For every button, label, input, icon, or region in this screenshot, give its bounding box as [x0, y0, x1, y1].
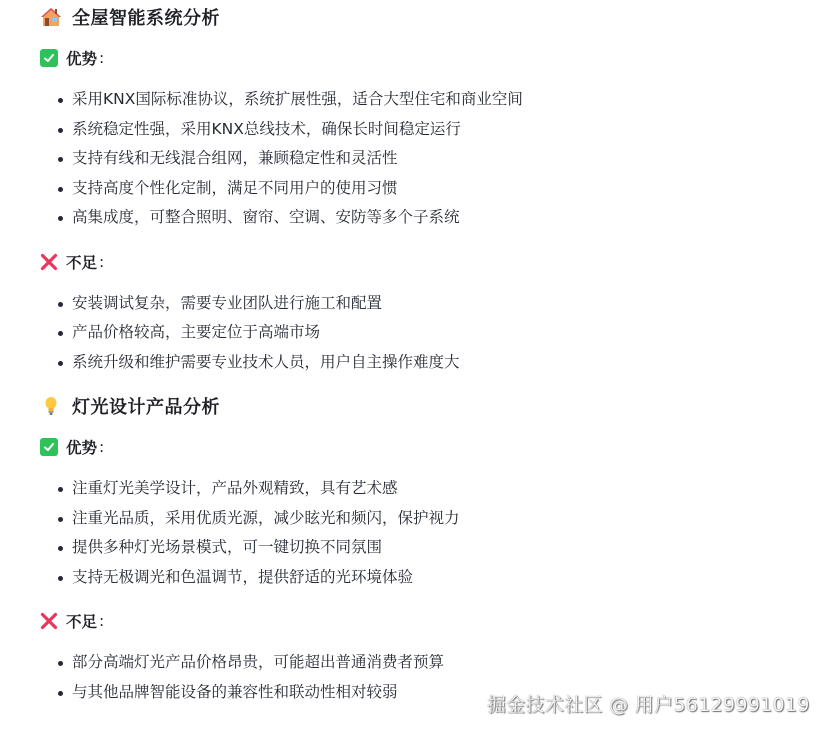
pros-label: 优势: [66, 47, 97, 69]
cons-label: 不足: [66, 610, 97, 632]
watermark: 掘金技术社区 @ 用户56129991019: [487, 690, 810, 717]
check-mark-icon: [40, 438, 58, 456]
list-item: 提供多种灯光场景模式，可一键切换不同氛围: [40, 533, 820, 563]
pros-list: 注重灯光美学设计，产品外观精致，具有艺术感 注重光品质，采用优质光源，减少眩光和…: [40, 474, 820, 592]
section-smart-home: 全屋智能系统分析 优势 : 采用KNX国际标准协议，系统扩展性强，适合大型住宅和…: [40, 0, 820, 377]
colon: :: [99, 438, 104, 456]
pros-list: 采用KNX国际标准协议，系统扩展性强，适合大型住宅和商业空间 系统稳定性强，采用…: [40, 85, 820, 233]
pros-heading: 优势 :: [40, 46, 820, 70]
section-lighting-design: 灯光设计产品分析 优势 : 注重灯光美学设计，产品外观精致，具有艺术感 注重光品…: [40, 389, 820, 707]
pros-label: 优势: [66, 436, 97, 458]
pros-heading: 优势 :: [40, 435, 820, 459]
section-title-text: 全屋智能系统分析: [72, 4, 220, 30]
house-icon: [40, 6, 62, 28]
document: 全屋智能系统分析 优势 : 采用KNX国际标准协议，系统扩展性强，适合大型住宅和…: [40, 0, 820, 707]
list-item: 注重光品质，采用优质光源，减少眩光和频闪，保护视力: [40, 504, 820, 534]
list-item: 产品价格较高，主要定位于高端市场: [40, 318, 820, 348]
section-title: 全屋智能系统分析: [40, 0, 820, 34]
check-mark-icon: [40, 49, 58, 67]
light-bulb-icon: [40, 395, 62, 417]
cross-mark-icon: [40, 253, 58, 271]
list-item: 系统升级和维护需要专业技术人员，用户自主操作难度大: [40, 348, 820, 378]
colon: :: [99, 253, 104, 271]
list-item: 高集成度，可整合照明、窗帘、空调、安防等多个子系统: [40, 203, 820, 233]
cons-heading: 不足 :: [40, 250, 820, 274]
list-item: 系统稳定性强，采用KNX总线技术，确保长时间稳定运行: [40, 115, 820, 145]
list-item: 支持高度个性化定制，满足不同用户的使用习惯: [40, 174, 820, 204]
list-item: 支持有线和无线混合组网，兼顾稳定性和灵活性: [40, 144, 820, 174]
cons-list: 安装调试复杂，需要专业团队进行施工和配置 产品价格较高，主要定位于高端市场 系统…: [40, 289, 820, 378]
list-item: 注重灯光美学设计，产品外观精致，具有艺术感: [40, 474, 820, 504]
section-title: 灯光设计产品分析: [40, 389, 820, 423]
list-item: 支持无极调光和色温调节，提供舒适的光环境体验: [40, 563, 820, 593]
cons-heading: 不足 :: [40, 609, 820, 633]
list-item: 部分高端灯光产品价格昂贵，可能超出普通消费者预算: [40, 648, 820, 678]
colon: :: [99, 612, 104, 630]
section-title-text: 灯光设计产品分析: [72, 393, 220, 419]
cons-label: 不足: [66, 251, 97, 273]
list-item: 安装调试复杂，需要专业团队进行施工和配置: [40, 289, 820, 319]
cross-mark-icon: [40, 612, 58, 630]
list-item: 采用KNX国际标准协议，系统扩展性强，适合大型住宅和商业空间: [40, 85, 820, 115]
colon: :: [99, 49, 104, 67]
